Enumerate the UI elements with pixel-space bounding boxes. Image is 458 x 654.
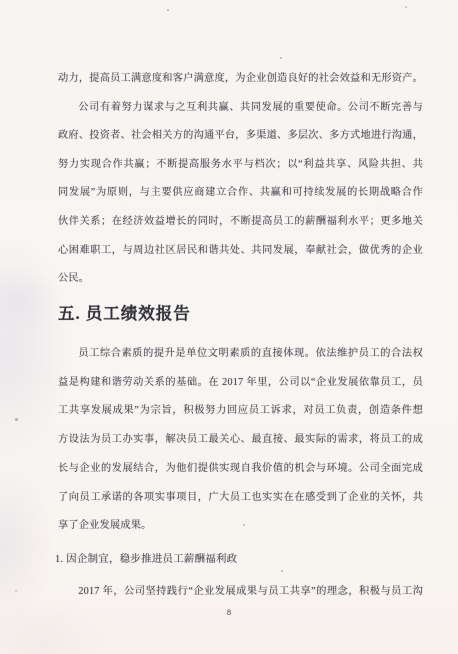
paragraph-employee-quality: 员工综合素质的提升是单位文明素质的直接体现。依法维护员工的合法权益是构建和谐劳动… xyxy=(58,340,423,541)
text-line: 努力实现合作共赢；不断提高服务水平与档次；以“利益共享、风险共担、共 xyxy=(58,151,423,180)
text-line: 动力，提高员工满意度和客户满意度，为企业创造良好的社会效益和无形资产。 xyxy=(58,65,423,94)
text-line: 益是构建和谐劳动关系的基础。在 2017 年里，公司以“企业发展依靠员工，员 xyxy=(58,369,423,398)
text-line: 伙伴关系；在经济效益增长的同时，不断提高员工的薪酬福利水平；更多地关 xyxy=(58,208,423,237)
text-line: 方设法为员工办实事，解决员工最关心、最直接、最实际的需求，将员工的成 xyxy=(58,426,423,455)
scan-speck xyxy=(405,6,407,8)
text-line: 享了企业发展成果。 xyxy=(58,512,423,541)
scanned-document-page: 动力，提高员工满意度和客户满意度，为企业创造良好的社会效益和无形资产。 公司有着… xyxy=(0,0,458,654)
scan-speck xyxy=(360,98,362,100)
text-line: 政府、投资者、社会相关方的沟通平台，多渠道、多层次、多方式地进行沟通， xyxy=(58,122,423,151)
section-heading-employee-performance-report: 五. 员工绩效报告 xyxy=(58,300,191,324)
text-line: 工共享发展成果”为宗旨，积极努力回应员工诉求，对员工负责，创造条件想 xyxy=(58,397,423,426)
scan-speck xyxy=(167,9,169,11)
scan-speck xyxy=(15,590,17,592)
text-line: 2017 年，公司坚持践行“企业发展成果与员工共享”的理念，积极与员工沟 xyxy=(58,583,423,600)
upper-text-block: 动力，提高员工满意度和客户满意度，为企业创造良好的社会效益和无形资产。 公司有着… xyxy=(58,65,423,294)
paragraph-2017-progress: 2017 年，公司坚持践行“企业发展成果与员工共享”的理念，积极与员工沟 xyxy=(58,583,423,600)
text-line: 长与企业的发展结合，为他们提供实现自我价值的机会与环境。公司全面完成 xyxy=(58,455,423,484)
text-line: 同发展”为原则，与主要供应商建立合作、共赢和可持续发展的长期战略合作 xyxy=(58,179,423,208)
paragraph-company-mission: 公司有着努力谋求与之互利共赢、共同发展的重要使命。公司不断完善与政府、投资者、社… xyxy=(58,94,423,294)
item-heading-salary-welfare-policy: 1. 因企制宜，稳步推进员工薪酬福利政 xyxy=(55,551,237,568)
text-line: 公民。 xyxy=(58,265,423,294)
paragraph-intro-continuation: 动力，提高员工满意度和客户满意度，为企业创造良好的社会效益和无形资产。 xyxy=(58,65,423,94)
scan-speck xyxy=(15,418,18,421)
scan-speck xyxy=(243,524,245,526)
page-number: 8 xyxy=(0,605,458,619)
scan-speck xyxy=(280,57,282,59)
text-line: 了向员工承诺的各项实事项目，广大员工也实实在在感受到了企业的关怀，共 xyxy=(58,484,423,513)
text-line: 公司有着努力谋求与之互利共赢、共同发展的重要使命。公司不断完善与 xyxy=(58,94,423,123)
scan-speck xyxy=(281,570,283,572)
text-line: 心困难职工，与周边社区居民和谐共处、共同发展，奉献社会，做优秀的企业 xyxy=(58,237,423,266)
text-line: 员工综合素质的提升是单位文明素质的直接体现。依法维护员工的合法权 xyxy=(58,340,423,369)
